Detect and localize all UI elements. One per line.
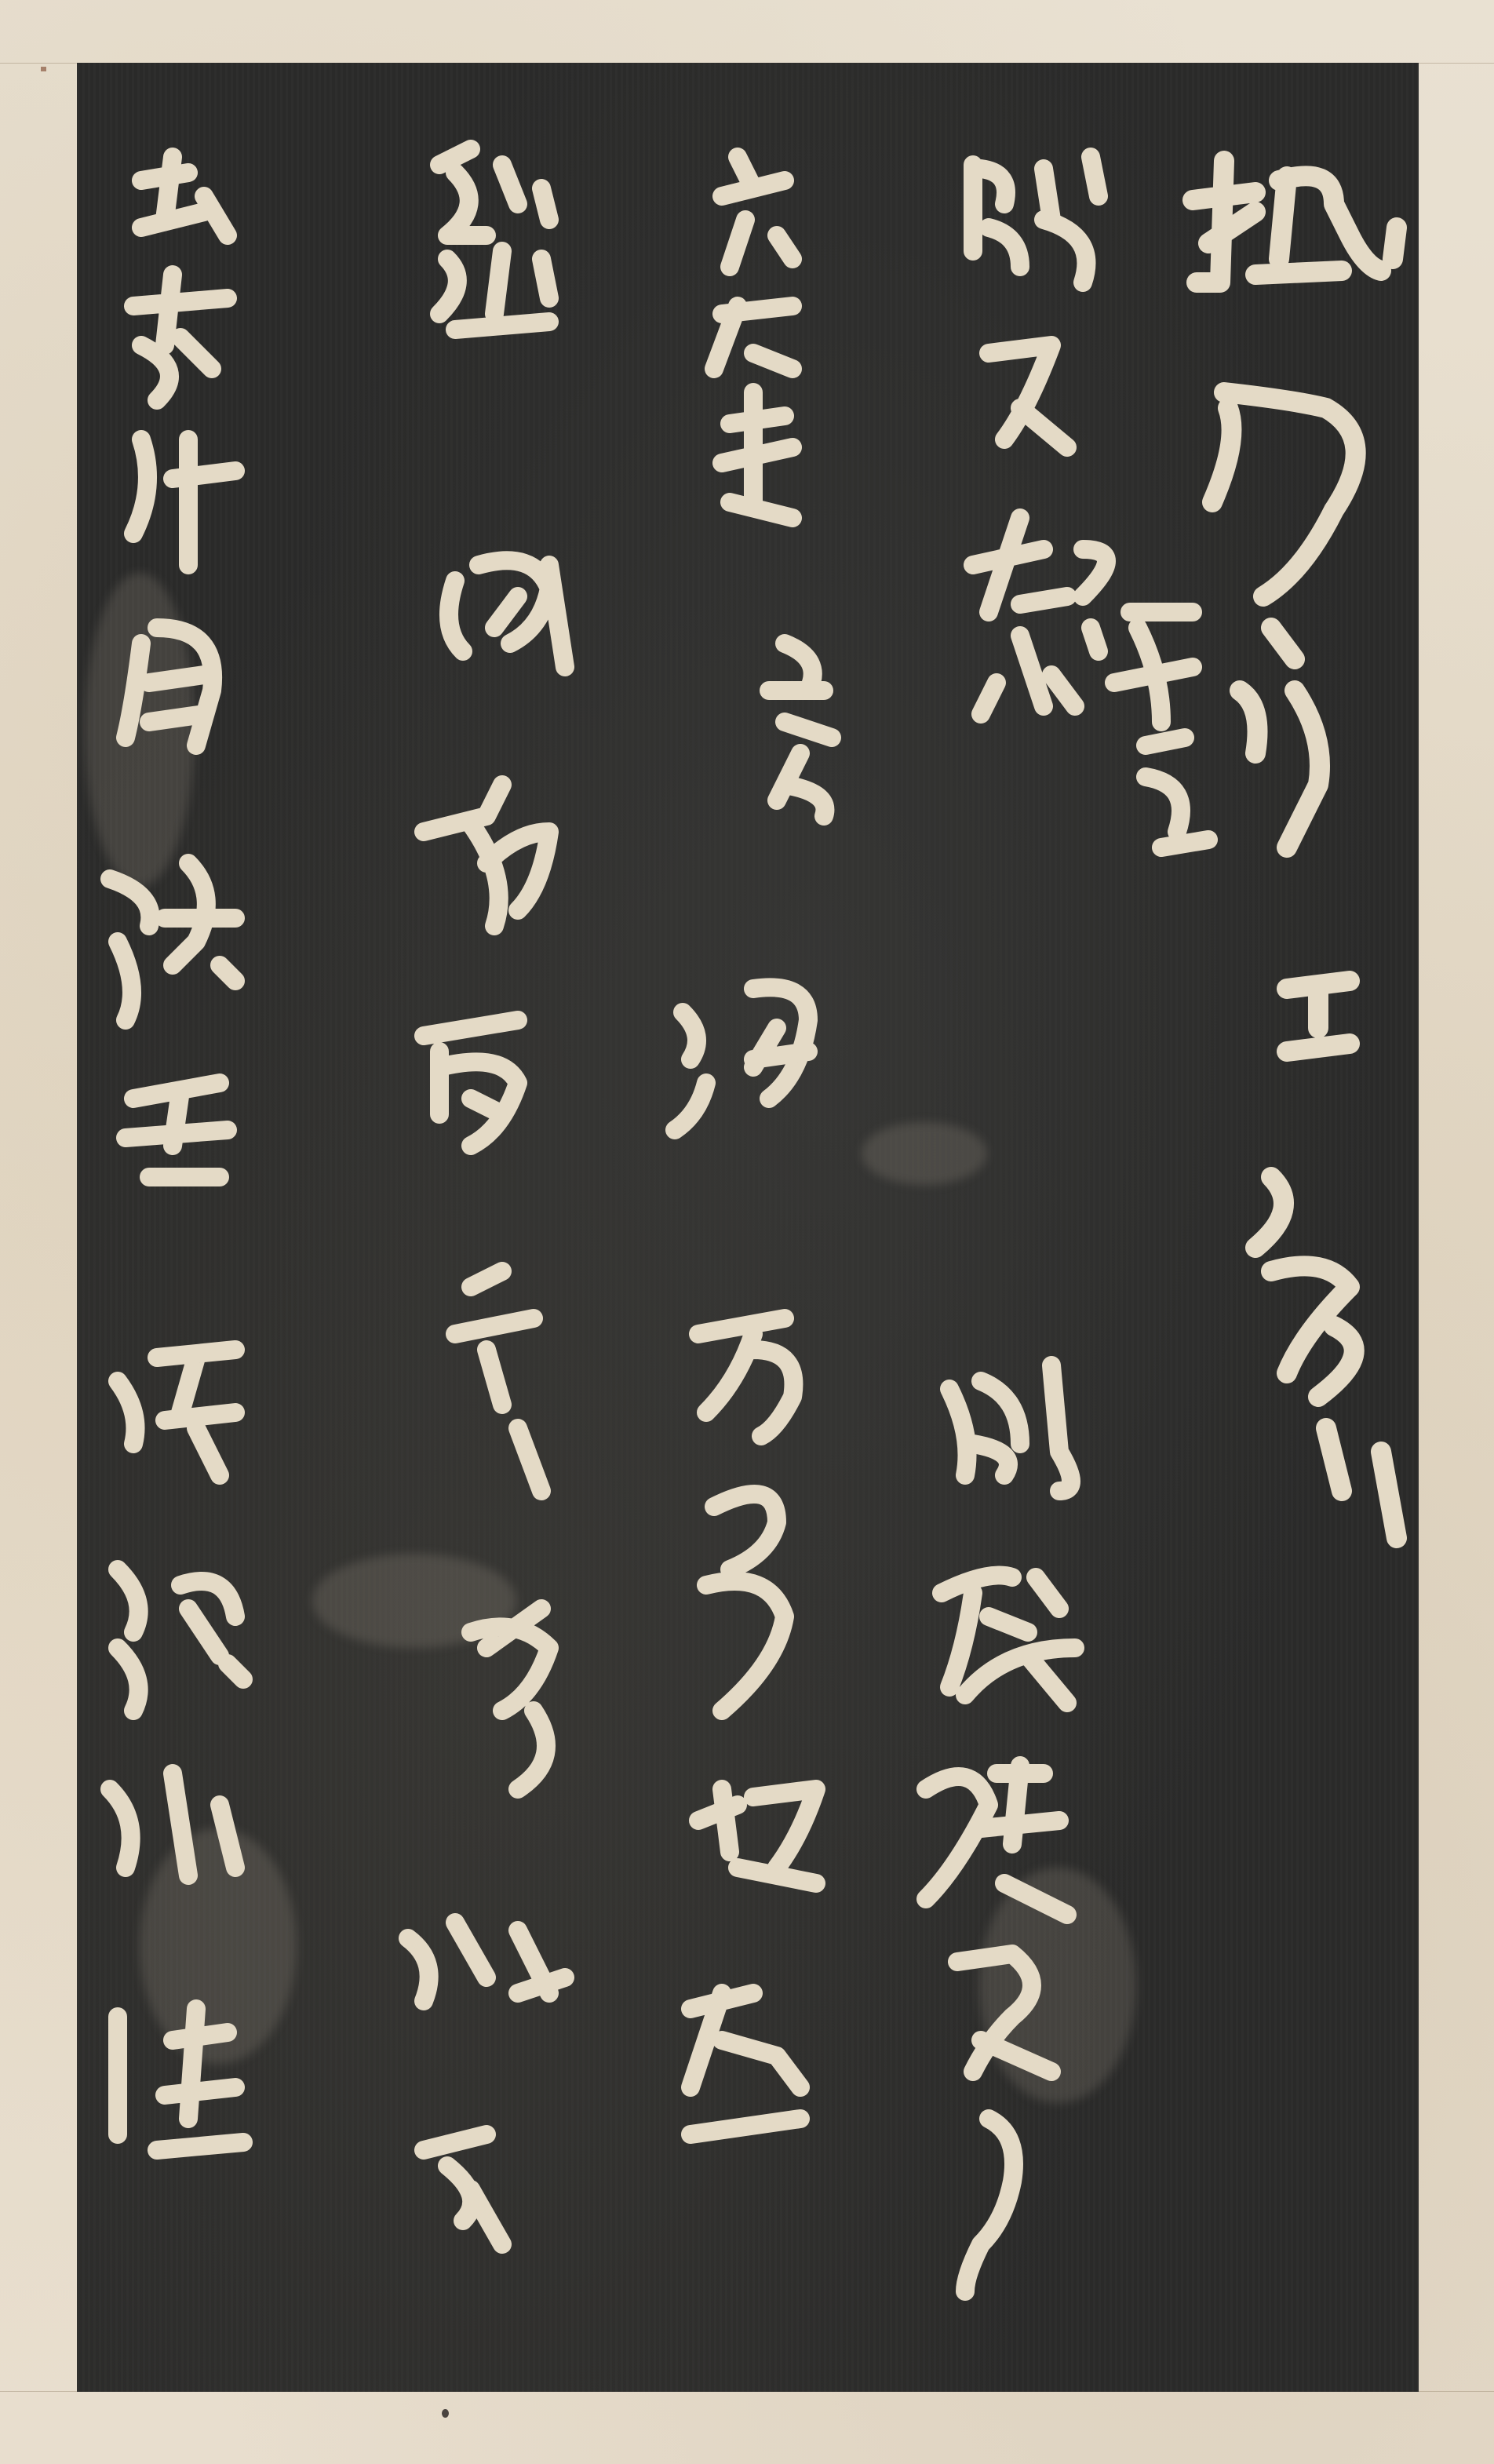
calligraphy-column-3 xyxy=(675,157,832,2134)
calligraphy-characters xyxy=(0,0,1494,2464)
paper-dot xyxy=(442,2409,449,2418)
calligraphy-column-1 xyxy=(1193,161,1397,1538)
calligraphy-column-5 xyxy=(110,157,243,2150)
calligraphy-column-4 xyxy=(408,149,565,2244)
calligraphy-column-2 xyxy=(926,157,1208,2291)
